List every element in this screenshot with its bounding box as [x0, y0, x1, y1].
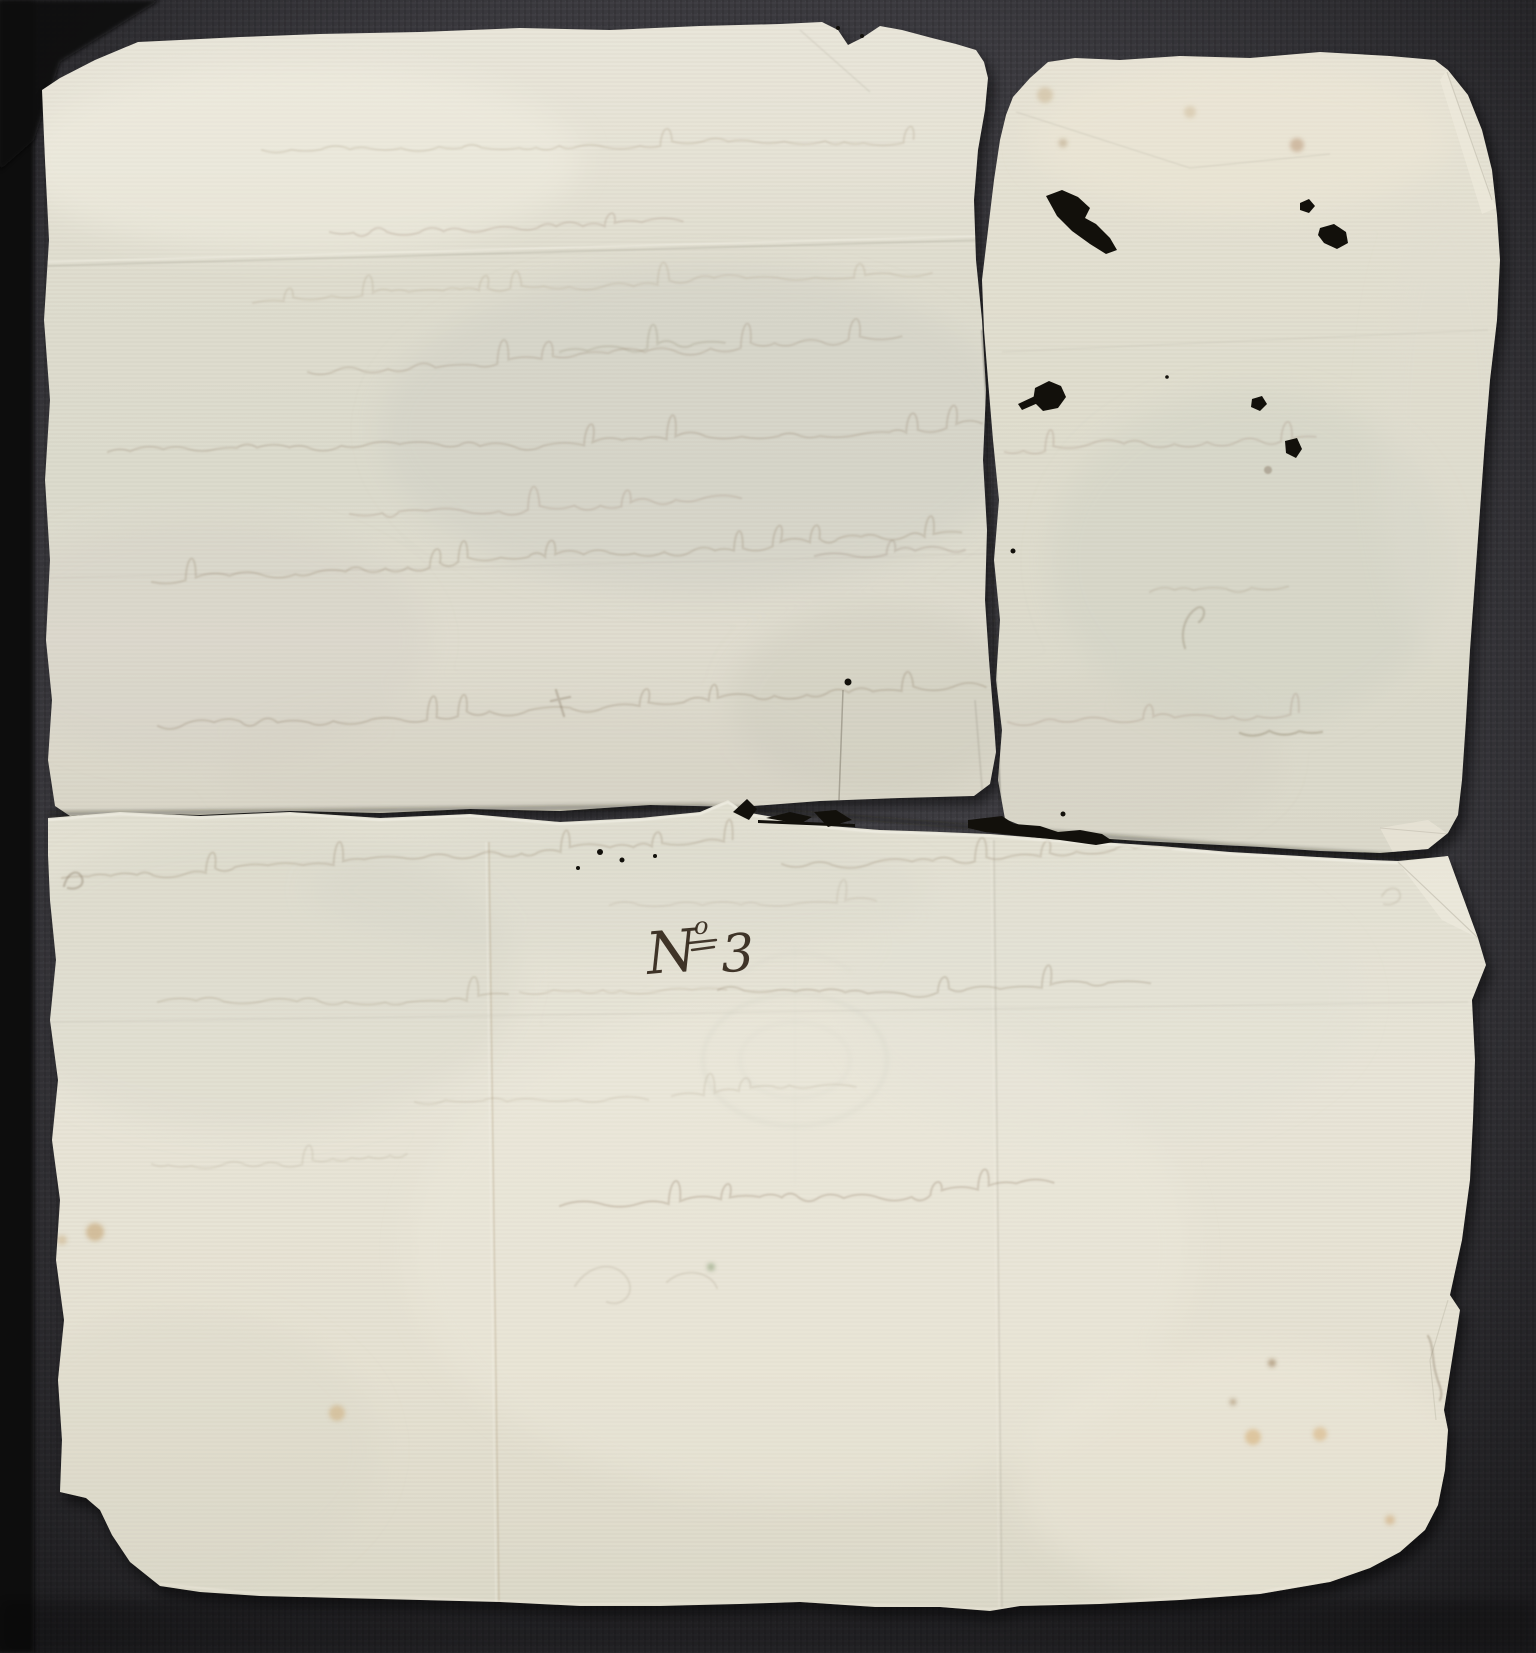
inscription-no-3: N o 3 — [641, 912, 755, 988]
binding-shadow-strip — [0, 0, 34, 1653]
paper-piece-lower: N o 3 — [0, 790, 1500, 1620]
paper-piece-upper-right — [920, 40, 1515, 870]
paper-piece-upper-left — [0, 10, 1030, 840]
scan-stage: N o 3 — [0, 0, 1536, 1653]
inscription-superscript: o — [694, 912, 708, 940]
inscription-letter: N — [641, 916, 702, 989]
inscription-number: 3 — [720, 923, 756, 985]
